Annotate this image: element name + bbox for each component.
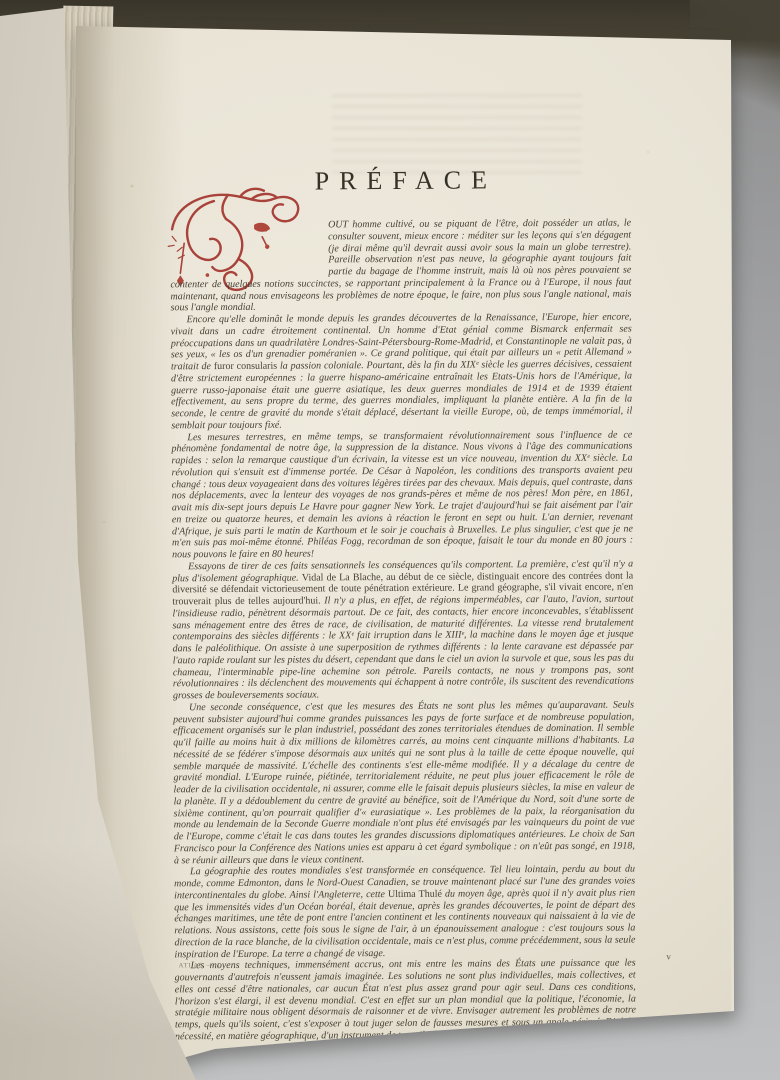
page-number: v <box>644 951 694 961</box>
photo-backdrop: PRÉFACE <box>0 0 780 1080</box>
dropcap-spacer <box>170 219 328 277</box>
paragraph: OUT homme cultivé, ou se piquant de l'êt… <box>170 218 632 315</box>
paragraph: Encore qu'elle dominât le monde depuis l… <box>171 312 633 432</box>
paragraph: La géographie des routes mondiales s'est… <box>174 864 636 961</box>
paragraph: Les mesures terrestres, en même temps, s… <box>171 429 633 561</box>
text-block: OUT homme cultivé, ou se piquant de l'êt… <box>170 218 636 1043</box>
paragraph: Une seconde conséquence, c'est que les m… <box>173 699 635 866</box>
paragraph: Les moyens techniques, immensément accru… <box>175 958 636 1043</box>
signature-mark: ATLAS — 1 <box>179 962 221 969</box>
paragraph: Essayons de tirer de ces faits sensation… <box>172 558 634 702</box>
